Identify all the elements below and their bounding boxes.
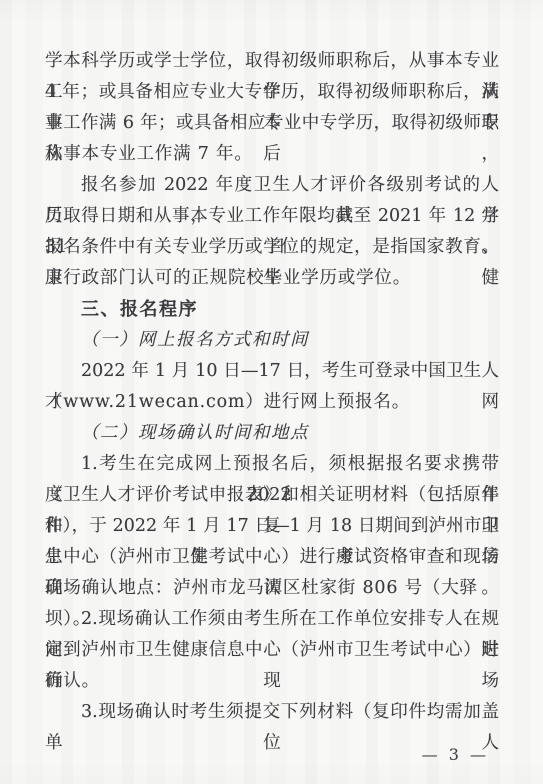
doc-text-line: 学本科学历或学士学位，取得初级师职称后，从事本专业工作满 xyxy=(45,46,499,77)
doc-text-line: 度卫生人才评价考试申报表》和相关证明材料（包括原件和复印 xyxy=(45,480,499,511)
doc-text-line: 历取得日期和从事本专业工作年限均截至 2021 年 12 月 31 日。 xyxy=(45,201,499,232)
section-heading: 三、报名程序 xyxy=(45,294,499,325)
doc-text-line: 1.考生在完成网上预报名后，须根据报名要求携带《2022 年 xyxy=(45,449,499,480)
page-number: — 3 — xyxy=(422,745,489,764)
doc-text-line: 间到泸州市卫生健康信息中心（泸州市卫生考试中心）进行现场 xyxy=(45,635,499,666)
doc-text-line: 件），于 2022 年 1 月 17 日—1 月 18 日期间到泸州市卫生健康信 xyxy=(45,511,499,542)
sub-section-heading: （一）网上报名方式和时间 xyxy=(45,325,499,356)
doc-text-line: 报名参加 2022 年度卫生人才评价各级别考试的人员，其学 xyxy=(45,170,499,201)
doc-text-line: 4 年；或具备相应专业大专学历，取得初级师职称后，从事本专 xyxy=(45,77,499,108)
document-body: 学本科学历或学士学位，取得初级师职称后，从事本专业工作满4 年；或具备相应专业大… xyxy=(45,46,499,728)
document-page: 学本科学历或学士学位，取得初级师职称后，从事本专业工作满4 年；或具备相应专业大… xyxy=(0,0,543,784)
doc-text-line: 2.现场确认工作须由考生所在工作单位安排专人在规定时 xyxy=(45,604,499,635)
doc-text-line: 2022 年 1 月 10 日—17 日，考生可登录中国卫生人才网 xyxy=(45,356,499,387)
doc-text-line: 3.现场确认时考生须提交下列材料（复印件均需加盖单位人 xyxy=(45,697,499,728)
doc-text-line: 业工作满 6 年；或具备相应专业中专学历，取得初级师职称后， xyxy=(45,108,499,139)
doc-text-line: 息中心（泸州市卫生考试中心）进行考试资格审查和现场确认。 xyxy=(45,542,499,573)
sub-section-heading: （二）现场确认时间和地点 xyxy=(45,418,499,449)
doc-text-line: 报名条件中有关专业学历或学位的规定，是指国家教育、卫生健 xyxy=(45,232,499,263)
doc-text-line: 现场确认地点：泸州市龙马潭区杜家街 806 号（大驿坝）。 xyxy=(45,573,499,604)
